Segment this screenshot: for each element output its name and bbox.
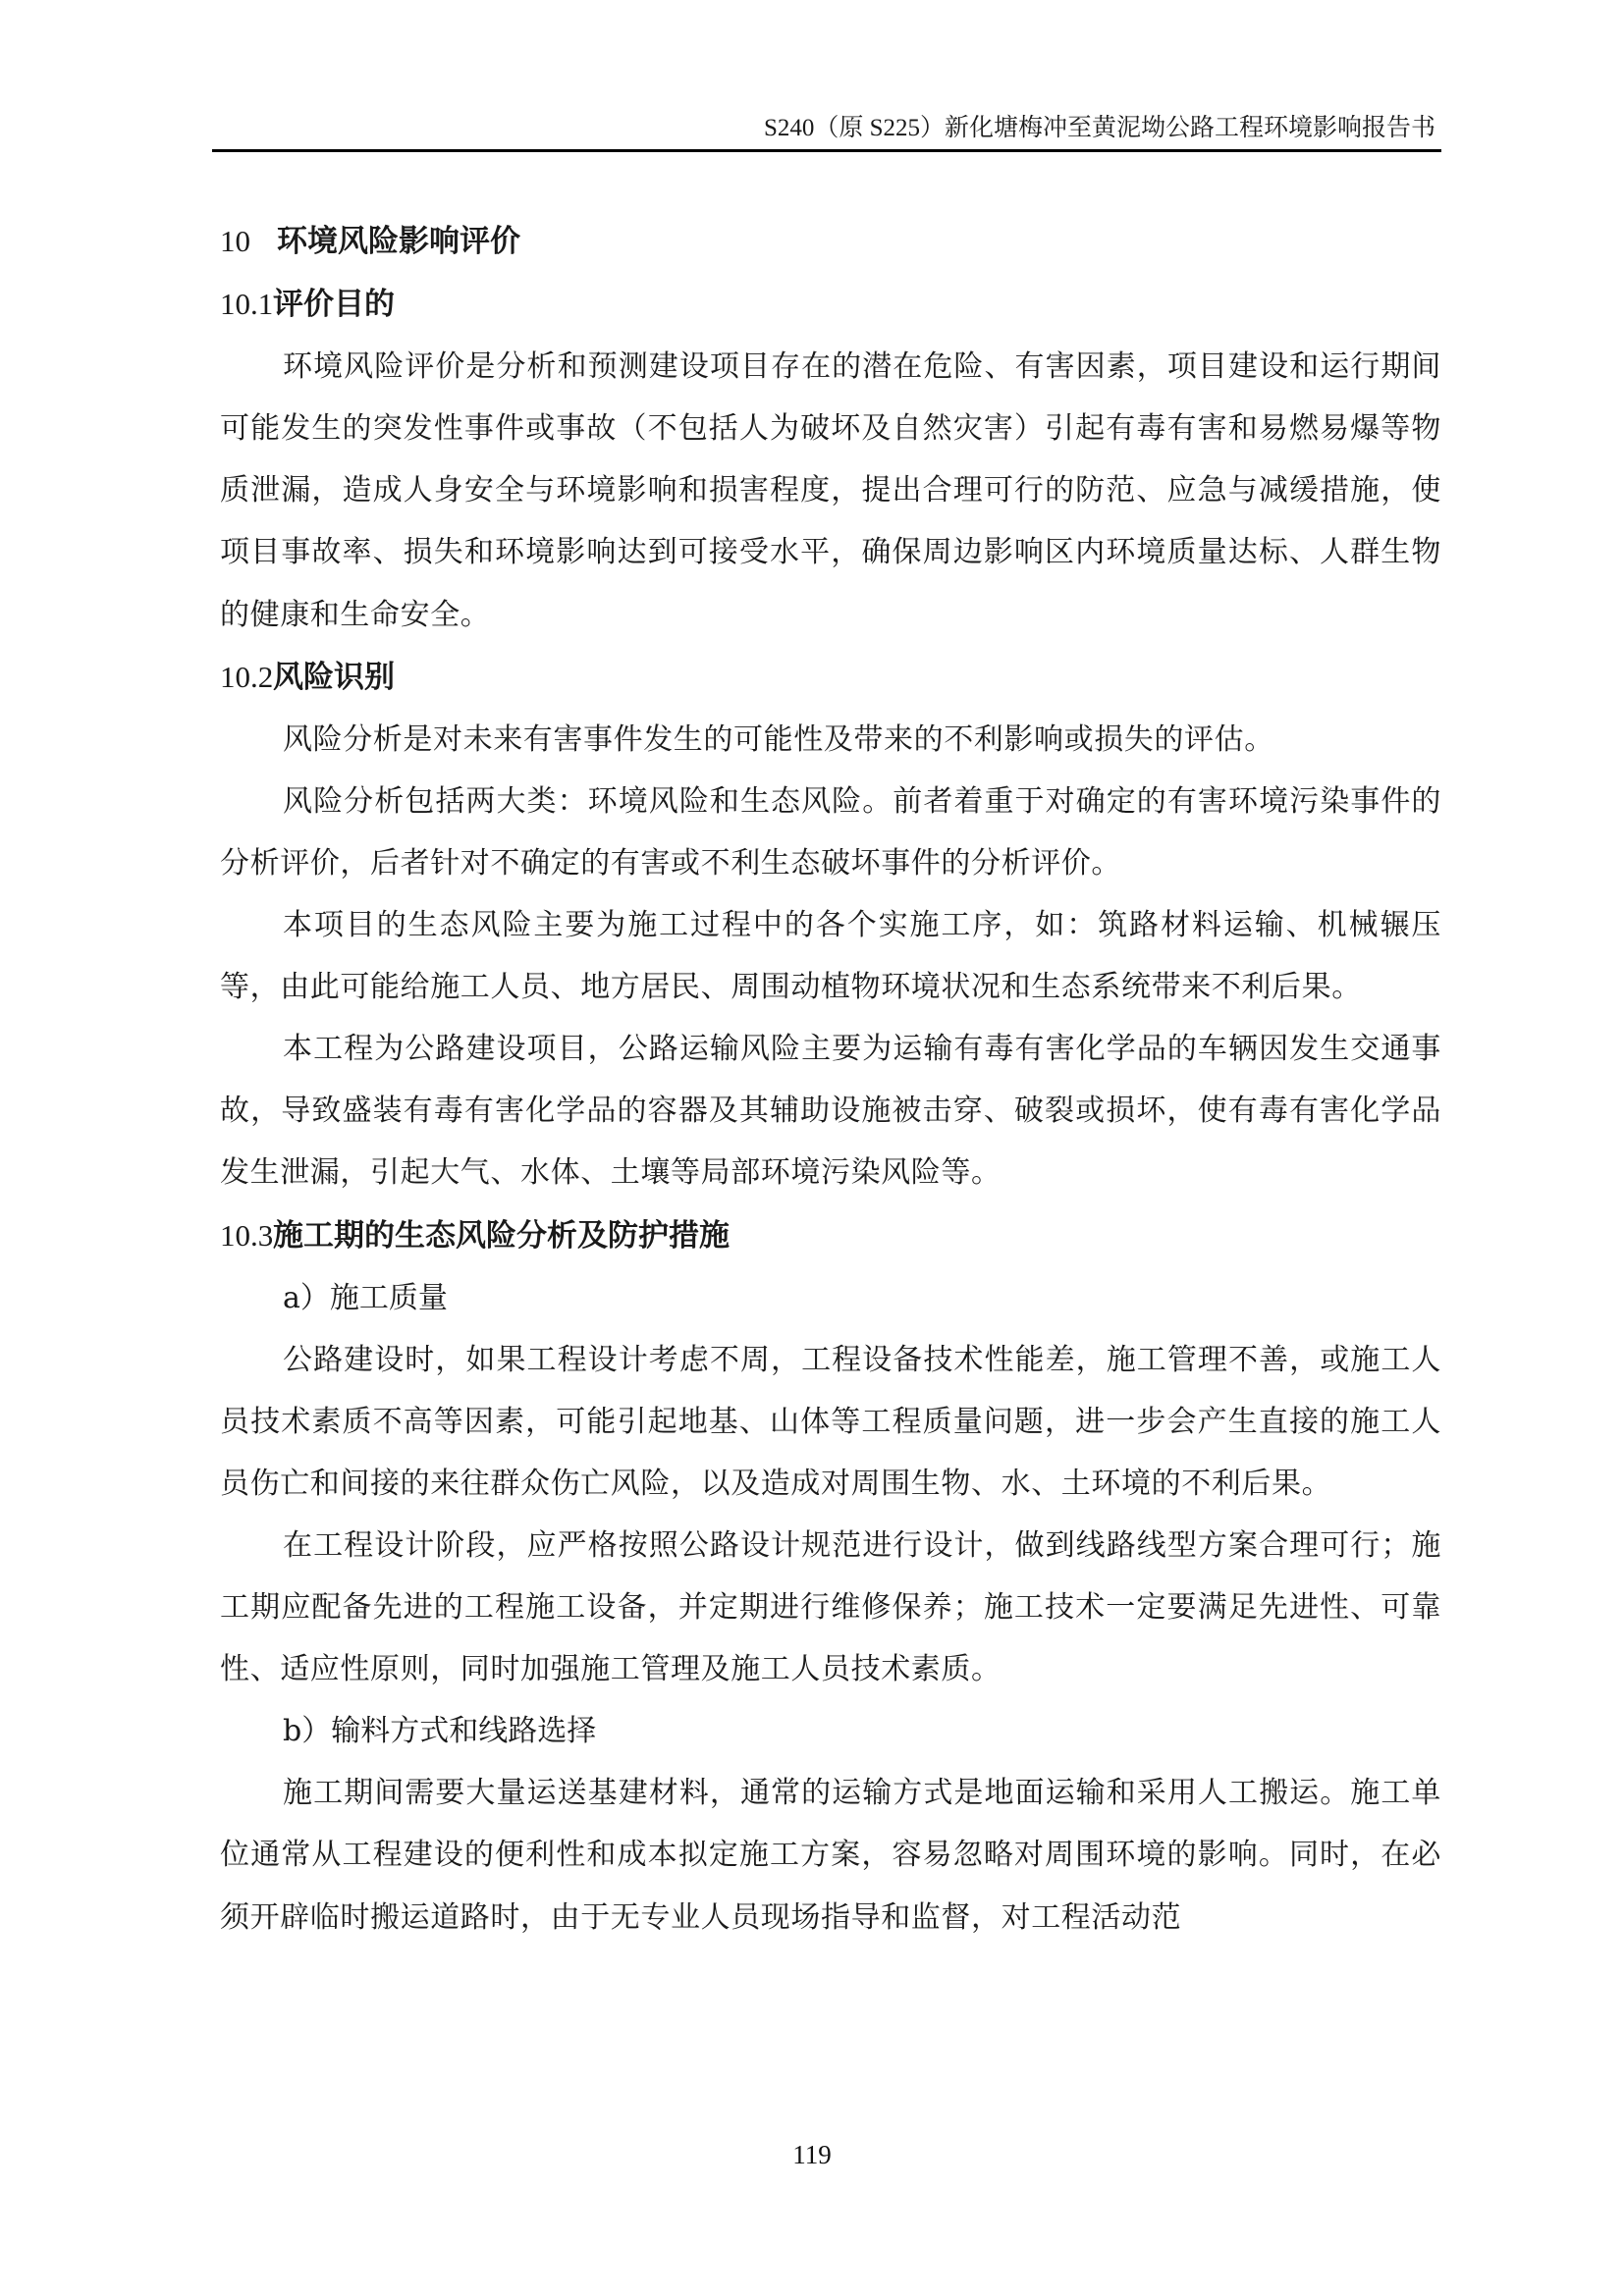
- document-page: S240（原 S225）新化塘梅冲至黄泥坳公路工程环境影响报告书 10环境风险影…: [0, 0, 1624, 2296]
- heading-10-3: 10.3施工期的生态风险分析及防护措施: [220, 1204, 1441, 1267]
- paragraph-purpose: 环境风险评价是分析和预测建设项目存在的潜在危险、有害因素，项目建设和运行期间可能…: [220, 336, 1441, 645]
- heading-number: 10.3: [220, 1204, 273, 1266]
- heading-title: 评价目的: [273, 287, 395, 322]
- subheading-transport-route: b）输料方式和线路选择: [220, 1700, 1441, 1762]
- paragraph-quality-measures: 在工程设计阶段，应严格按照公路设计规范进行设计，做到线路线型方案合理可行；施工期…: [220, 1515, 1441, 1700]
- heading-10: 10环境风险影响评价: [220, 210, 1441, 273]
- heading-number: 10: [220, 210, 277, 272]
- paragraph-risk-categories: 风险分析包括两大类：环境风险和生态风险。前者着重于对确定的有害环境污染事件的分析…: [220, 771, 1441, 894]
- heading-10-1: 10.1评价目的: [220, 273, 1441, 336]
- heading-10-2: 10.2风险识别: [220, 646, 1441, 709]
- heading-title: 施工期的生态风险分析及防护措施: [273, 1218, 730, 1254]
- page-number: 119: [0, 2140, 1624, 2170]
- heading-number: 10.1: [220, 273, 273, 335]
- header-rule: [212, 149, 1441, 152]
- running-header: S240（原 S225）新化塘梅冲至黄泥坳公路工程环境影响报告书: [212, 114, 1441, 143]
- heading-number: 10.2: [220, 646, 273, 708]
- paragraph-transport-method: 施工期间需要大量运送基建材料，通常的运输方式是地面运输和采用人工搬运。施工单位通…: [220, 1762, 1441, 1948]
- paragraph-transport-risk: 本工程为公路建设项目，公路运输风险主要为运输有毒有害化学品的车辆因发生交通事故，…: [220, 1018, 1441, 1203]
- subheading-construction-quality: a）施工质量: [220, 1267, 1441, 1329]
- document-body: 10环境风险影响评价 10.1评价目的 环境风险评价是分析和预测建设项目存在的潜…: [220, 210, 1441, 1949]
- heading-title: 环境风险影响评价: [277, 224, 520, 259]
- paragraph-risk-definition: 风险分析是对未来有害事件发生的可能性及带来的不利影响或损失的评估。: [220, 709, 1441, 771]
- paragraph-quality-risk: 公路建设时，如果工程设计考虑不周，工程设备技术性能差，施工管理不善，或施工人员技…: [220, 1329, 1441, 1515]
- paragraph-ecological-risk: 本项目的生态风险主要为施工过程中的各个实施工序，如：筑路材料运输、机械辗压等，由…: [220, 894, 1441, 1018]
- heading-title: 风险识别: [273, 660, 395, 695]
